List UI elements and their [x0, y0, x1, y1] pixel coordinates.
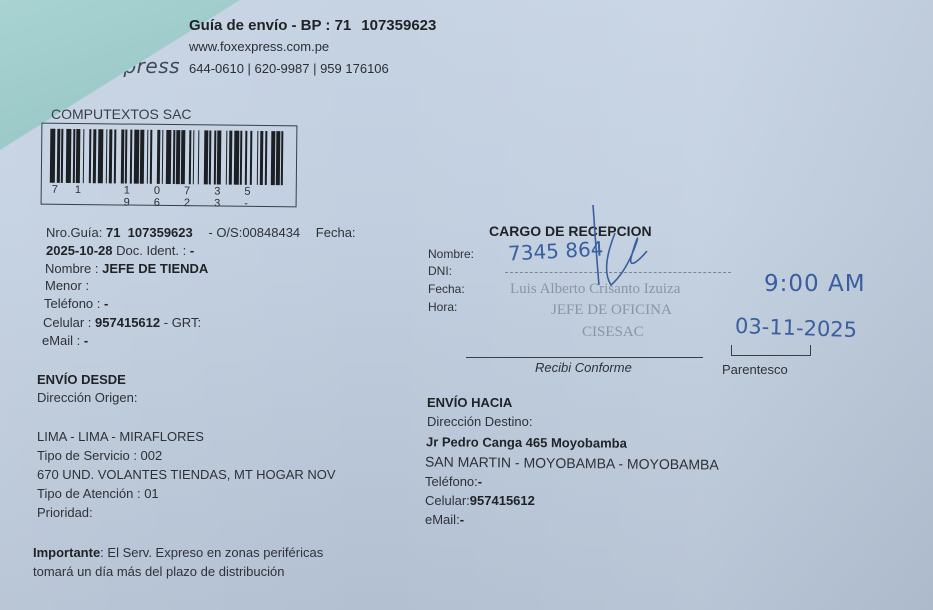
guide-number: 107359623 — [361, 17, 436, 34]
tipo-atencion: Tipo de Atención : 01 — [37, 486, 159, 501]
guide-title: Guía de envío - BP : 71107359623 — [189, 17, 436, 34]
cargo-hora-label: Hora: — [428, 300, 457, 314]
stamp-name: Luis Alberto Crisanto Izuiza — [510, 281, 680, 298]
destino-celular-value: 957415612 — [470, 493, 535, 508]
destino-celular: Celular:957415612 — [425, 493, 535, 508]
fecha-label: Fecha: — [316, 225, 356, 240]
nombre-label: Nombre : — [45, 261, 98, 276]
paper-background — [0, 0, 933, 610]
destino-email-label: eMail: — [425, 512, 460, 527]
footnote-line-1: Importante: El Serv. Expreso en zonas pe… — [33, 545, 323, 560]
company-name: COMPUTEXTOS SAC — [51, 106, 192, 122]
envio-desde-title: ENVÍO DESDE — [37, 372, 126, 387]
fecha-row: 2025-10-28 Doc. Ident. : - — [46, 243, 194, 258]
doc-ident-value: - — [190, 243, 194, 258]
email-row: eMail : - — [42, 333, 88, 348]
stamp-role: JEFE DE OFICINA — [551, 302, 672, 319]
email-label: eMail : — [42, 333, 80, 348]
parentesco-bracket — [731, 345, 811, 356]
signature-icon — [585, 203, 655, 293]
doc-ident-label: Doc. Ident. : — [116, 243, 186, 258]
celular-label: Celular : — [43, 315, 91, 330]
envio-hacia-title: ENVÍO HACIA — [427, 395, 512, 410]
telefono-value: - — [104, 296, 108, 311]
destino-telefono-label: Teléfono: — [425, 474, 478, 489]
signature-line — [466, 357, 703, 358]
footnote-text-1: : El Serv. Expreso en zonas periféricas — [100, 545, 323, 560]
email-value: - — [84, 333, 88, 348]
nro-guia-row: Nro.Guía: 71 107359623 - O/S:00848434 Fe… — [46, 225, 356, 240]
handwritten-time: 9:00 AM — [764, 271, 866, 297]
direccion-destino-label: Dirección Destino: — [427, 414, 533, 429]
grt-label: - GRT: — [164, 315, 201, 330]
destino-telefono: Teléfono:- — [425, 474, 482, 489]
cargo-dni-label: DNI: — [428, 264, 452, 278]
destino-email-value: - — [460, 512, 464, 527]
destino-direccion: Jr Pedro Canga 465 Moyobamba — [426, 434, 627, 450]
destino-celular-label: Celular: — [425, 493, 470, 508]
cargo-nombre-label: Nombre: — [428, 247, 474, 261]
destino-email: eMail:- — [425, 512, 464, 527]
direccion-origen-label: Dirección Origen: — [37, 390, 137, 405]
os-number: - O/S:00848434 — [208, 225, 300, 240]
barcode-bars — [50, 129, 289, 185]
destino-ubicacion: SAN MARTIN - MOYOBAMBA - MOYOBAMBA — [425, 453, 719, 472]
origen-ubicacion: LIMA - LIMA - MIRAFLORES — [37, 429, 204, 444]
celular-row: Celular : 957415612 - GRT: — [43, 315, 201, 330]
footnote-line-2: tomará un día más del plazo de distribuc… — [33, 564, 284, 579]
website: www.foxexpress.com.pe — [189, 39, 329, 54]
barcode-number: 1 0 7 3 5 9 6 2 3 - — [124, 185, 288, 211]
barcode-digits: 7 1 1 0 7 3 5 9 6 2 3 - — [52, 184, 288, 210]
descripcion: 670 UND. VOLANTES TIENDAS, MT HOGAR NOV — [37, 467, 336, 482]
footnote-bold: Importante — [33, 545, 100, 560]
destino-telefono-value: - — [478, 474, 482, 489]
menor-label: Menor : — [45, 278, 89, 293]
telefono-label: Teléfono : — [44, 296, 100, 311]
cargo-fecha-label: Fecha: — [428, 282, 465, 296]
barcode: 7 1 1 0 7 3 5 9 6 2 3 - — [41, 123, 298, 208]
nro-guia-value: 71 107359623 — [106, 225, 193, 240]
fecha-value: 2025-10-28 — [46, 243, 113, 258]
parentesco-label: Parentesco — [722, 362, 788, 377]
prioridad: Prioridad: — [37, 505, 93, 520]
celular-value: 957415612 — [95, 315, 160, 330]
barcode-prefix: 7 1 — [52, 184, 124, 209]
nombre-value: JEFE DE TIENDA — [102, 261, 208, 276]
tipo-servicio: Tipo de Servicio : 002 — [37, 448, 162, 463]
recibi-conforme-label: Recibi Conforme — [535, 360, 632, 375]
guide-title-label: Guía de envío - BP : 71 — [189, 17, 351, 34]
nro-guia-label: Nro.Guía: — [46, 225, 102, 240]
phone-numbers: 644-0610 | 620-9987 | 959 176106 — [189, 61, 389, 76]
telefono-row: Teléfono : - — [44, 296, 108, 311]
stamp-company: CISESAC — [582, 324, 644, 341]
handwritten-date: 03-11-2025 — [735, 314, 858, 342]
nombre-row: Nombre : JEFE DE TIENDA — [45, 261, 208, 276]
